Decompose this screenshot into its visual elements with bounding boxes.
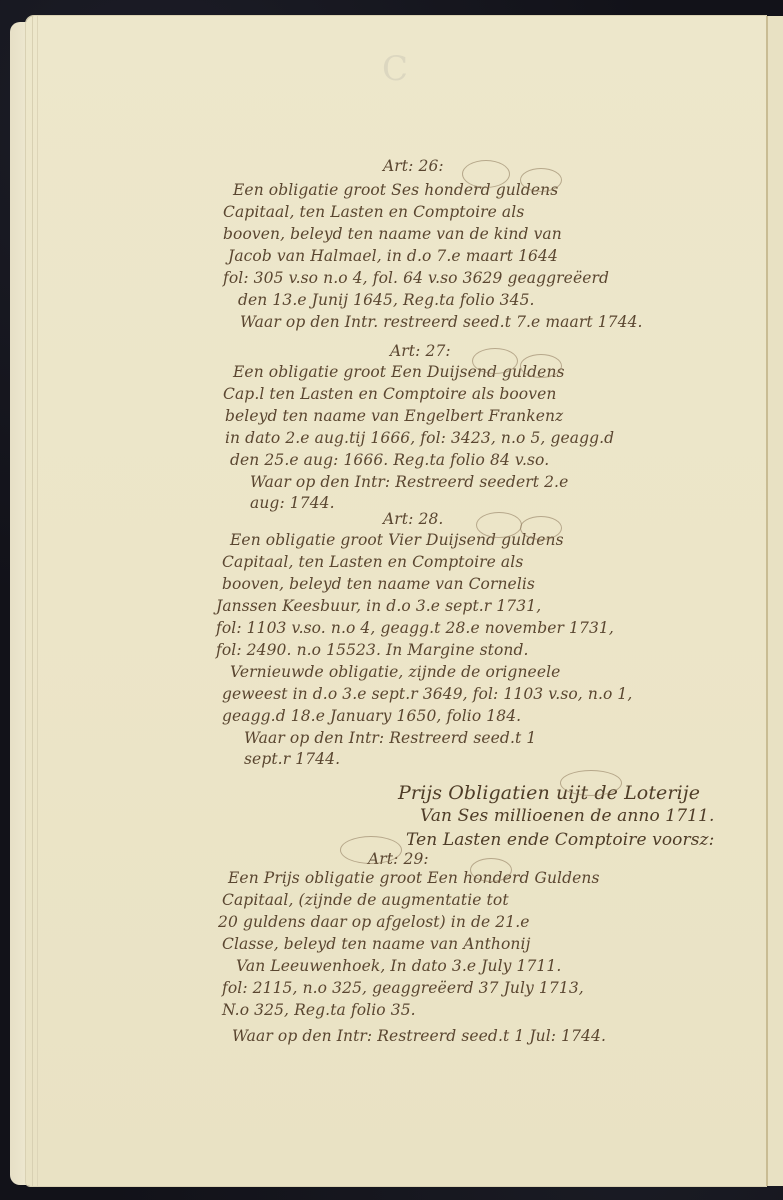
- article-line: Vernieuwde obligatie, zijnde de origneel…: [230, 662, 560, 683]
- article-line: geweest in d.o 3.e sept.r 3649, fol: 110…: [222, 684, 632, 705]
- article-heading: Art: 27:: [390, 342, 451, 360]
- facing-page-edge: [766, 16, 783, 1186]
- article-line: in dato 2.e aug.tij 1666, fol: 3423, n.o…: [225, 428, 614, 449]
- article-line: Capitaal, ten Lasten en Comptoire als: [223, 202, 524, 223]
- article-line: fol: 305 v.so n.o 4, fol. 64 v.so 3629 g…: [223, 268, 609, 289]
- article-closing: Waar op den Intr: Restreerd seed.t 1 sep…: [244, 728, 584, 770]
- article-heading: Art: 26:: [383, 157, 444, 175]
- article-line: Cap.l ten Lasten en Comptoire als booven: [223, 384, 556, 405]
- article-line: beleyd ten naame van Engelbert Frankenz: [225, 406, 563, 427]
- article-line: 20 guldens daar op afgelost) in de 21.e: [218, 912, 530, 933]
- article-line: Van Leeuwenhoek, In dato 3.e July 1711.: [236, 956, 561, 977]
- section-title-line: Van Ses millioenen de anno 1711.: [420, 806, 714, 826]
- pencil-page-mark: C: [382, 50, 402, 88]
- article-line: Een obligatie groot Een Duijsend guldens: [233, 362, 565, 383]
- article-line: Een Prijs obligatie groot Een honderd Gu…: [228, 868, 600, 889]
- article-line: Een obligatie groot Vier Duijsend gulden…: [230, 530, 564, 551]
- article-line: Een obligatie groot Ses honderd guldens: [233, 180, 558, 201]
- article-heading: Art: 29:: [368, 850, 429, 868]
- article-line: Jacob van Halmael, in d.o 7.e maart 1644: [228, 246, 558, 267]
- article-line: Capitaal, (zijnde de augmentatie tot: [222, 890, 509, 911]
- article-heading: Art: 28.: [383, 510, 443, 528]
- article-line: den 25.e aug: 1666. Reg.ta folio 84 v.so…: [230, 450, 549, 471]
- article-line: den 13.e Junij 1645, Reg.ta folio 345.: [238, 290, 535, 311]
- article-line: fol: 2115, n.o 325, geaggreëerd 37 July …: [222, 978, 584, 999]
- article-closing: Waar op den Intr: Restreerd seed.t 1 Jul…: [232, 1026, 606, 1047]
- article-closing: Waar op den Intr. restreerd seed.t 7.e m…: [240, 312, 643, 333]
- section-title-line: Ten Lasten ende Comptoire voorsz:: [406, 830, 714, 850]
- article-line: N.o 325, Reg.ta folio 35.: [222, 1000, 416, 1021]
- article-line: geagg.d 18.e January 1650, folio 184.: [222, 706, 521, 727]
- article-line: booven, beleyd ten naame van Cornelis: [222, 574, 535, 595]
- article-closing: Waar op den Intr: Restreerd seedert 2.e …: [250, 472, 570, 514]
- article-line: Janssen Keesbuur, in d.o 3.e sept.r 1731…: [216, 596, 541, 617]
- article-line: booven, beleyd ten naame van de kind van: [223, 224, 562, 245]
- article-line: Capitaal, ten Lasten en Comptoire als: [222, 552, 523, 573]
- section-title-line: Prijs Obligatien uijt de Loterije: [398, 782, 700, 804]
- article-line: fol: 2490. n.o 15523. In Margine stond.: [216, 640, 529, 661]
- article-line: fol: 1103 v.so. n.o 4, geagg.t 28.e nove…: [216, 618, 614, 639]
- article-line: Classe, beleyd ten naame van Anthonij: [222, 934, 530, 955]
